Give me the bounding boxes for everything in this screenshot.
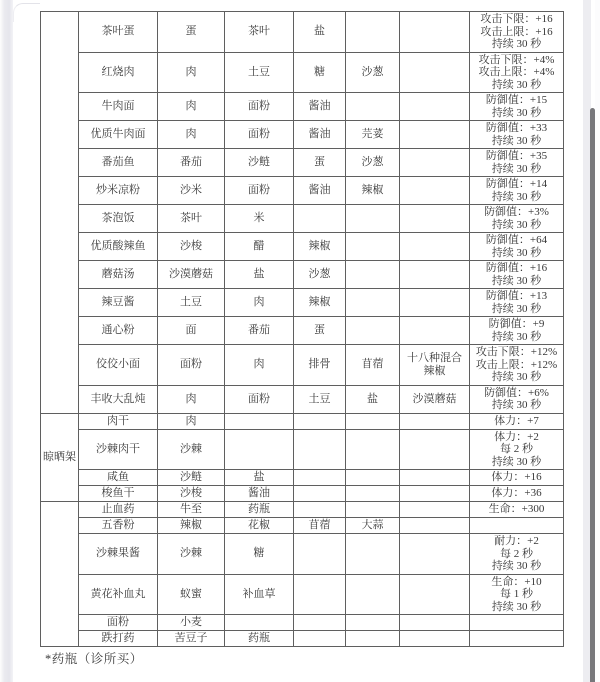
ingredient-cell (400, 574, 470, 615)
ingredient-cell: 盐 (346, 385, 400, 413)
section-label-cell (41, 12, 79, 414)
ingredient-cell (346, 413, 400, 429)
effect-line: 攻击上限：+4% (472, 66, 561, 79)
table-row: 茶叶蛋蛋茶叶盐攻击下限：+16攻击上限：+16持续 30 秒 (41, 12, 564, 53)
effect-cell: 体力：+7 (470, 413, 564, 429)
effect-line: 防御值：+6% (472, 387, 561, 400)
ingredient-cell: 蛋 (294, 149, 346, 177)
document-page: 茶叶蛋蛋茶叶盐攻击下限：+16攻击上限：+16持续 30 秒红烧肉肉土豆糖沙葱攻… (0, 0, 600, 682)
ingredient-cell: 土豆 (294, 385, 346, 413)
ingredient-cell: 茶叶 (225, 12, 294, 53)
ingredient-cell: 辣椒 (294, 233, 346, 261)
ingredient-cell: 沙葱 (346, 149, 400, 177)
ingredient-cell (400, 52, 470, 93)
ingredient-cell (225, 429, 294, 470)
recipe-table-body: 茶叶蛋蛋茶叶盐攻击下限：+16攻击上限：+16持续 30 秒红烧肉肉土豆糖沙葱攻… (41, 12, 564, 647)
ingredient-cell: 沙鲢 (158, 470, 225, 486)
ingredient-cell (400, 121, 470, 149)
effect-line: 体力：+36 (472, 487, 561, 500)
effect-line: 持续 30 秒 (472, 303, 561, 316)
recipe-name-cell: 五香粉 (79, 518, 158, 534)
effect-line: 持续 30 秒 (472, 247, 561, 260)
ingredient-cell (400, 93, 470, 121)
ingredient-cell: 蛋 (294, 317, 346, 345)
effect-cell (470, 615, 564, 631)
ingredient-cell: 沙鲢 (225, 149, 294, 177)
table-row: 优质牛肉面肉面粉酱油芫荽防御值：+33持续 30 秒 (41, 121, 564, 149)
ingredient-cell: 米 (225, 205, 294, 233)
ingredient-cell: 肉 (225, 289, 294, 317)
effect-line: 持续 30 秒 (472, 38, 561, 51)
ingredient-cell: 辣椒 (294, 289, 346, 317)
effect-line: 攻击下限：+16 (472, 13, 561, 26)
ingredient-cell (346, 93, 400, 121)
table-row: 红烧肉肉土豆糖沙葱攻击下限：+4%攻击上限：+4%持续 30 秒 (41, 52, 564, 93)
section-label-cell: 晾晒架 (41, 413, 79, 502)
effect-line: 持续 30 秒 (472, 456, 561, 469)
ingredient-cell: 十八种混合辣椒 (400, 345, 470, 386)
ingredient-cell: 糖 (294, 52, 346, 93)
effect-cell: 体力：+16 (470, 470, 564, 486)
ingredient-cell: 沙漠蘑菇 (400, 385, 470, 413)
table-row: 茶泡饭茶叶米防御值：+3%持续 30 秒 (41, 205, 564, 233)
ingredient-cell (346, 289, 400, 317)
footnote: *药瓶（诊所买） (45, 649, 143, 667)
ingredient-cell (294, 205, 346, 233)
ingredient-cell: 肉 (158, 52, 225, 93)
ingredient-cell (225, 615, 294, 631)
ingredient-cell: 沙梭 (158, 233, 225, 261)
recipe-name-cell: 止血药 (79, 502, 158, 518)
ingredient-cell: 沙米 (158, 177, 225, 205)
table-row: 炒米凉粉沙米面粉酱油辣椒防御值：+14持续 30 秒 (41, 177, 564, 205)
ingredient-cell: 番茄 (158, 149, 225, 177)
effect-line: 持续 30 秒 (472, 135, 561, 148)
recipe-name-cell: 黄花补血丸 (79, 574, 158, 615)
recipe-name-cell: 面粉 (79, 615, 158, 631)
effect-line: 持续 30 秒 (472, 371, 561, 384)
ingredient-cell (400, 631, 470, 647)
recipe-name-cell: 沙棘肉干 (79, 429, 158, 470)
ingredient-cell: 沙葱 (346, 52, 400, 93)
ingredient-cell: 盐 (225, 470, 294, 486)
recipe-name-cell: 辣豆酱 (79, 289, 158, 317)
effect-cell: 生命：+10每 1 秒持续 30 秒 (470, 574, 564, 615)
ingredient-cell (294, 534, 346, 575)
table-row: 跌打药苦豆子药瓶 (41, 631, 564, 647)
effect-cell: 防御值：+16持续 30 秒 (470, 261, 564, 289)
recipe-name-cell: 丰收大乱炖 (79, 385, 158, 413)
ingredient-cell (346, 261, 400, 289)
table-row: 沙棘果酱沙棘糖耐力：+2每 2 秒持续 30 秒 (41, 534, 564, 575)
recipe-table: 茶叶蛋蛋茶叶盐攻击下限：+16攻击上限：+16持续 30 秒红烧肉肉土豆糖沙葱攻… (40, 11, 564, 647)
effect-line: 生命：+300 (472, 503, 561, 516)
ingredient-cell: 药瓶 (225, 502, 294, 518)
ingredient-cell: 花椒 (225, 518, 294, 534)
scrollbar-thumb[interactable] (590, 108, 595, 682)
ingredient-cell (294, 429, 346, 470)
effect-line: 持续 30 秒 (472, 275, 561, 288)
ingredient-cell (400, 289, 470, 317)
recipe-name-cell: 茶泡饭 (79, 205, 158, 233)
effect-line: 每 1 秒 (472, 588, 561, 601)
ingredient-cell: 沙葱 (294, 261, 346, 289)
recipe-name-cell: 通心粉 (79, 317, 158, 345)
ingredient-cell: 醋 (225, 233, 294, 261)
effect-cell (470, 518, 564, 534)
recipe-name-cell: 优质酸辣鱼 (79, 233, 158, 261)
effect-cell: 攻击下限：+16攻击上限：+16持续 30 秒 (470, 12, 564, 53)
ingredient-cell: 肉 (158, 121, 225, 149)
ingredient-cell (400, 534, 470, 575)
ingredient-cell (400, 317, 470, 345)
effect-line: 防御值：+13 (472, 290, 561, 303)
effect-cell: 攻击下限：+12%攻击上限：+12%持续 30 秒 (470, 345, 564, 386)
ingredient-cell: 小麦 (158, 615, 225, 631)
ingredient-cell: 苦豆子 (158, 631, 225, 647)
ingredient-cell: 番茄 (225, 317, 294, 345)
effect-line: 防御值：+14 (472, 178, 561, 191)
ingredient-cell (400, 12, 470, 53)
ingredient-cell: 面 (158, 317, 225, 345)
ingredient-cell: 面粉 (225, 177, 294, 205)
effect-line: 体力：+2 (472, 431, 561, 444)
recipe-name-cell: 肉干 (79, 413, 158, 429)
effect-cell: 防御值：+15持续 30 秒 (470, 93, 564, 121)
effect-line: 持续 30 秒 (472, 399, 561, 412)
recipe-name-cell: 炒米凉粉 (79, 177, 158, 205)
ingredient-cell (400, 205, 470, 233)
recipe-name-cell: 茶叶蛋 (79, 12, 158, 53)
table-row: 丰收大乱炖肉面粉土豆盐沙漠蘑菇防御值：+6%持续 30 秒 (41, 385, 564, 413)
ingredient-cell: 土豆 (158, 289, 225, 317)
effect-line: 攻击下限：+12% (472, 346, 561, 359)
ingredient-cell: 芫荽 (346, 121, 400, 149)
ingredient-cell (400, 502, 470, 518)
table-row: 晾晒架肉干肉体力：+7 (41, 413, 564, 429)
effect-line: 持续 30 秒 (472, 163, 561, 176)
ingredient-cell: 沙梭 (158, 486, 225, 502)
ingredient-cell: 盐 (294, 12, 346, 53)
ingredient-cell: 肉 (158, 385, 225, 413)
table-row: 止血药牛至药瓶生命：+300 (41, 502, 564, 518)
effect-line: 防御值：+64 (472, 234, 561, 247)
ingredient-cell: 药瓶 (225, 631, 294, 647)
table-row: 佼佼小面面粉肉排骨苜蓿十八种混合辣椒攻击下限：+12%攻击上限：+12%持续 3… (41, 345, 564, 386)
table-row: 黄花补血丸蚁蜜补血草生命：+10每 1 秒持续 30 秒 (41, 574, 564, 615)
ingredient-cell: 苜蓿 (346, 345, 400, 386)
effect-line: 持续 30 秒 (472, 601, 561, 614)
effect-cell: 体力：+36 (470, 486, 564, 502)
ingredient-cell: 补血草 (225, 574, 294, 615)
effect-line: 持续 30 秒 (472, 191, 561, 204)
effect-cell: 防御值：+3%持续 30 秒 (470, 205, 564, 233)
effect-line: 生命：+10 (472, 576, 561, 589)
recipe-name-cell: 番茄鱼 (79, 149, 158, 177)
ingredient-cell: 沙棘 (158, 534, 225, 575)
ingredient-cell (400, 429, 470, 470)
ingredient-cell: 面粉 (158, 345, 225, 386)
recipe-name-cell: 优质牛肉面 (79, 121, 158, 149)
effect-cell: 攻击下限：+4%攻击上限：+4%持续 30 秒 (470, 52, 564, 93)
effect-line: 体力：+16 (472, 471, 561, 484)
ingredient-cell: 酱油 (294, 121, 346, 149)
effect-cell: 体力：+2每 2 秒持续 30 秒 (470, 429, 564, 470)
effect-line: 持续 30 秒 (472, 331, 561, 344)
ingredient-cell (346, 317, 400, 345)
effect-cell: 防御值：+35持续 30 秒 (470, 149, 564, 177)
recipe-name-cell: 红烧肉 (79, 52, 158, 93)
effect-line: 持续 30 秒 (472, 107, 561, 120)
table-row: 梭鱼干沙梭酱油体力：+36 (41, 486, 564, 502)
ingredient-cell (346, 205, 400, 233)
effect-cell: 防御值：+13持续 30 秒 (470, 289, 564, 317)
ingredient-cell: 肉 (158, 93, 225, 121)
ingredient-cell (346, 502, 400, 518)
ingredient-cell (294, 486, 346, 502)
effect-line: 持续 30 秒 (472, 79, 561, 92)
window-right-edge (595, 0, 600, 682)
recipe-name-cell: 梭鱼干 (79, 486, 158, 502)
ingredient-cell: 土豆 (225, 52, 294, 93)
effect-line: 防御值：+33 (472, 122, 561, 135)
ingredient-cell: 苜蓿 (294, 518, 346, 534)
effect-line: 持续 30 秒 (472, 560, 561, 573)
table-row: 咸鱼沙鲢盐体力：+16 (41, 470, 564, 486)
ingredient-cell: 辣椒 (158, 518, 225, 534)
ingredient-cell: 沙漠蘑菇 (158, 261, 225, 289)
ingredient-cell (346, 12, 400, 53)
table-row: 五香粉辣椒花椒苜蓿大蒜 (41, 518, 564, 534)
table-row: 面粉小麦 (41, 615, 564, 631)
ingredient-cell: 面粉 (225, 385, 294, 413)
ingredient-cell: 沙棘 (158, 429, 225, 470)
ingredient-cell: 糖 (225, 534, 294, 575)
effect-line: 防御值：+9 (472, 318, 561, 331)
effect-line: 攻击上限：+16 (472, 26, 561, 39)
section-label-cell (41, 502, 79, 647)
ingredient-cell: 肉 (225, 345, 294, 386)
ingredient-cell (400, 518, 470, 534)
effect-line: 持续 30 秒 (472, 219, 561, 232)
effect-line: 防御值：+15 (472, 94, 561, 107)
ingredient-cell (346, 615, 400, 631)
page-left-margin (0, 0, 13, 682)
ingredient-cell (346, 574, 400, 615)
table-row: 优质酸辣鱼沙梭醋辣椒防御值：+64持续 30 秒 (41, 233, 564, 261)
effect-line: 体力：+7 (472, 415, 561, 428)
effect-cell: 防御值：+9持续 30 秒 (470, 317, 564, 345)
ingredient-cell (294, 574, 346, 615)
effect-line: 每 2 秒 (472, 443, 561, 456)
ingredient-cell (294, 615, 346, 631)
ingredient-cell (400, 615, 470, 631)
ingredient-cell (400, 149, 470, 177)
ingredient-cell (294, 470, 346, 486)
effect-line: 防御值：+35 (472, 150, 561, 163)
ingredient-cell (346, 631, 400, 647)
ingredient-cell (400, 261, 470, 289)
recipe-name-cell: 蘑菇汤 (79, 261, 158, 289)
ingredient-cell (400, 413, 470, 429)
recipe-name-cell: 咸鱼 (79, 470, 158, 486)
ingredient-cell: 面粉 (225, 121, 294, 149)
effect-cell: 耐力：+2每 2 秒持续 30 秒 (470, 534, 564, 575)
ingredient-cell (346, 486, 400, 502)
ingredient-cell (346, 233, 400, 261)
table-row: 沙棘肉干沙棘体力：+2每 2 秒持续 30 秒 (41, 429, 564, 470)
ingredient-cell: 酱油 (225, 486, 294, 502)
effect-line: 攻击下限：+4% (472, 54, 561, 67)
ingredient-cell: 肉 (158, 413, 225, 429)
ingredient-cell: 辣椒 (346, 177, 400, 205)
ingredient-cell (346, 429, 400, 470)
effect-line: 每 2 秒 (472, 548, 561, 561)
ingredient-cell: 茶叶 (158, 205, 225, 233)
ingredient-cell: 蚁蜜 (158, 574, 225, 615)
ingredient-cell (400, 233, 470, 261)
ingredient-cell (225, 413, 294, 429)
effect-cell: 防御值：+33持续 30 秒 (470, 121, 564, 149)
table-row: 通心粉面番茄蛋防御值：+9持续 30 秒 (41, 317, 564, 345)
recipe-name-cell: 沙棘果酱 (79, 534, 158, 575)
table-row: 番茄鱼番茄沙鲢蛋沙葱防御值：+35持续 30 秒 (41, 149, 564, 177)
effect-cell: 防御值：+14持续 30 秒 (470, 177, 564, 205)
ingredient-cell: 大蒜 (346, 518, 400, 534)
ingredient-cell: 牛至 (158, 502, 225, 518)
ingredient-cell (294, 413, 346, 429)
effect-cell: 防御值：+6%持续 30 秒 (470, 385, 564, 413)
effect-cell: 防御值：+64持续 30 秒 (470, 233, 564, 261)
ingredient-cell: 盐 (225, 261, 294, 289)
effect-cell (470, 631, 564, 647)
ingredient-cell: 面粉 (225, 93, 294, 121)
table-row: 辣豆酱土豆肉辣椒防御值：+13持续 30 秒 (41, 289, 564, 317)
effect-cell: 生命：+300 (470, 502, 564, 518)
ingredient-cell (346, 534, 400, 575)
ingredient-cell (400, 177, 470, 205)
ingredient-cell: 蛋 (158, 12, 225, 53)
page-corner-edge (13, 3, 40, 22)
recipe-name-cell: 跌打药 (79, 631, 158, 647)
table-row: 蘑菇汤沙漠蘑菇盐沙葱防御值：+16持续 30 秒 (41, 261, 564, 289)
ingredient-cell: 酱油 (294, 177, 346, 205)
table-row: 牛肉面肉面粉酱油防御值：+15持续 30 秒 (41, 93, 564, 121)
ingredient-cell: 排骨 (294, 345, 346, 386)
ingredient-cell (400, 486, 470, 502)
ingredient-cell (400, 470, 470, 486)
effect-line: 攻击上限：+12% (472, 359, 561, 372)
ingredient-cell (346, 470, 400, 486)
effect-line: 耐力：+2 (472, 535, 561, 548)
recipe-name-cell: 牛肉面 (79, 93, 158, 121)
effect-line: 防御值：+3% (472, 206, 561, 219)
ingredient-cell (294, 502, 346, 518)
ingredient-cell (294, 631, 346, 647)
effect-line: 防御值：+16 (472, 262, 561, 275)
recipe-name-cell: 佼佼小面 (79, 345, 158, 386)
ingredient-cell: 酱油 (294, 93, 346, 121)
